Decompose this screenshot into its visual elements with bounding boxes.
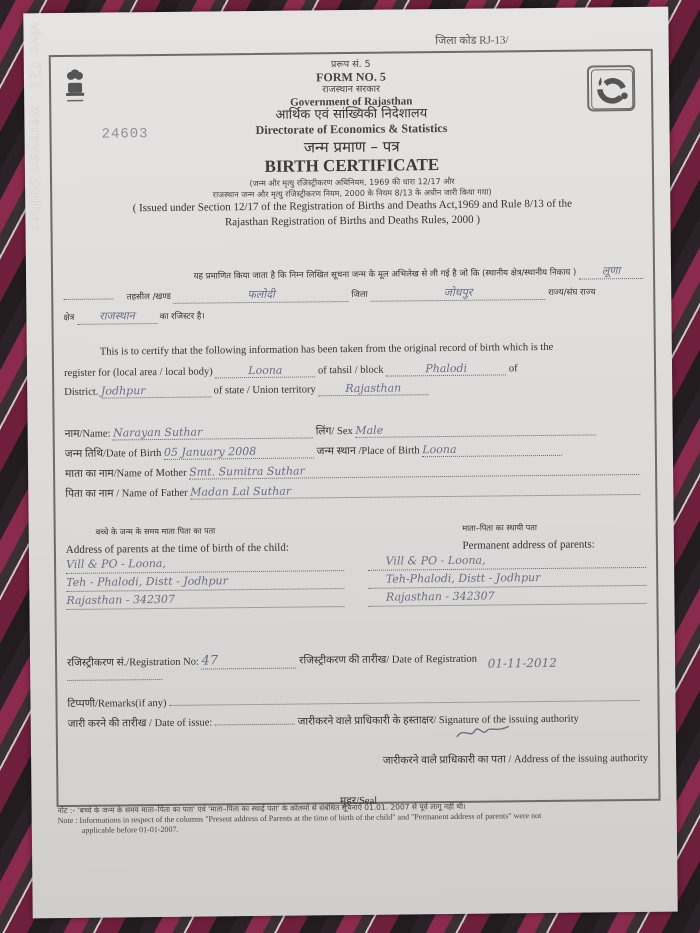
present-address: बच्चे के जन्म के समय माता पिता का पता Ad… <box>66 524 345 610</box>
district-label-hindi: जिला <box>351 290 368 300</box>
name-label: नाम/Name: <box>65 429 111 440</box>
local-body-hindi: लूणा <box>579 263 643 280</box>
kshetra-label: क्षेत्र <box>63 313 74 323</box>
name-sex-row: नाम/Name: Narayan Suthar लिंग/ Sex Male <box>65 421 645 441</box>
camera-watermark: vivo Y21 . Narayan Suthar <box>26 22 44 231</box>
dob-label: जन्म तिथि/Date of Birth <box>65 448 162 460</box>
hindi-cert-text: यह प्रमाणित किया जाता है कि निम्न लिखित … <box>194 268 577 282</box>
certificate-frame: 24603 प्ररूप सं. 5 FORM NO. 5 राजस्थान स… <box>49 49 661 807</box>
permanent-address-line-3: Rajasthan - 342307 <box>368 588 647 607</box>
sex-value: Male <box>355 421 595 438</box>
tehsil-label-hindi: तहसील /खण्ड <box>127 292 171 302</box>
tehsil-hindi: फलोदी <box>174 286 349 304</box>
issue-row: जारी करने की तारीख / Date of issue: जारी… <box>68 711 648 731</box>
registration-number-label: रजिस्ट्रीकरण सं./Registration No: <box>67 657 199 669</box>
registration-date-label: रजिस्ट्रीकरण की तारीख/ Date of Registrat… <box>299 654 477 667</box>
state-label-hindi: राज्य/संघ राज्य <box>548 287 595 297</box>
local-body-label: register for (local area / local body) <box>64 366 213 379</box>
remarks-row: टिप्पणी/Remarks(if any) <box>67 691 647 711</box>
authority-address-label: जारीकरने वाले प्राधिकारी का पता / Addres… <box>383 753 648 767</box>
father-value: Madan Lal Suthar <box>190 481 640 500</box>
permanent-address-line-1: Vill & PO - Loona, <box>368 552 647 571</box>
birth-row: जन्म तिथि/Date of Birth 05 January 2008 … <box>65 441 645 461</box>
tahsil-label: of tahsil / block <box>318 365 384 377</box>
issue-date-value <box>215 724 295 726</box>
permanent-address-line-2: Teh-Phalodi, Distt - Jodhpur <box>368 570 647 589</box>
present-address-label: Address of parents at the time of birth … <box>66 541 345 556</box>
district-code: जिला कोड RJ-13/ <box>435 32 508 48</box>
hindi-cert-line-2: तहसील /खण्ड फलोदी जिला जोधपुर राज्य/संघ … <box>63 283 643 305</box>
local-body-value: Loona <box>215 363 315 378</box>
address-section: बच्चे के जन्म के समय माता पिता का पता Ad… <box>66 521 647 610</box>
signature-label: जारीकरने वाले प्राधिकारी के हस्ताक्षर/ S… <box>297 714 578 728</box>
mother-value: Smt. Sumitra Suthar <box>189 461 639 480</box>
english-cert-intro: This is to certify that the following in… <box>64 341 644 358</box>
state-hindi: राजस्थान <box>77 308 157 325</box>
father-row: पिता का नाम / Name of Father Madan Lal S… <box>65 481 645 501</box>
english-cert-line-3: District. Jodhpur of state / Union terri… <box>64 379 644 399</box>
present-address-line-2: Teh - Phalodi, Distt - Jodhpur <box>66 573 345 592</box>
present-address-line-1: Vill & PO - Loona, <box>66 555 345 574</box>
state-label: of state / Union territory <box>214 384 316 396</box>
issue-date-label: जारी करने की तारीख / Date of issue: <box>68 717 213 730</box>
permanent-address-label-hindi: माता–पिता का स्थायी पता <box>367 521 645 535</box>
father-label: पिता का नाम / Name of Father <box>65 488 187 500</box>
certificate-header: प्ररूप सं. 5 FORM NO. 5 राजस्थान सरकार G… <box>51 57 653 231</box>
present-address-label-hindi: बच्चे के जन्म के समय माता पिता का पता <box>66 524 344 538</box>
permanent-address-label: Permanent address of parents: <box>367 538 646 553</box>
register-suffix: का रजिस्टर है। <box>160 312 205 322</box>
footer-note: नोट :- 'बच्चे के जन्म के समय माता–पिता क… <box>58 800 651 837</box>
pob-label: जन्म स्थान /Place of Birth <box>317 445 420 457</box>
hindi-cert-line-3: क्षेत्र राजस्थान का रजिस्टर है। <box>63 303 643 325</box>
dob-value: 05 January 2008 <box>164 444 314 460</box>
remarks-value <box>169 700 639 706</box>
authority-address-row: जारीकरने वाले प्राधिकारी का पता / Addres… <box>68 751 648 771</box>
name-value: Narayan Suthar <box>113 424 313 440</box>
district-value: Jodhpur <box>101 383 211 398</box>
state-value: Rajasthan <box>318 381 428 396</box>
signature-icon <box>453 720 513 743</box>
remarks-label: टिप्पणी/Remarks(if any) <box>67 698 166 710</box>
sex-label: लिंग/ Sex <box>316 426 353 437</box>
english-cert-line-2: register for (local area / local body) L… <box>64 360 644 380</box>
present-address-line-3: Rajasthan - 342307 <box>66 591 345 610</box>
of-label: of <box>509 363 518 374</box>
birth-certificate: जिला कोड RJ-13/ 24603 प्ररूप सं. 5 FORM … <box>23 7 677 919</box>
district-label: District. <box>64 387 98 398</box>
mother-row: माता का नाम/Name of Mother Smt. Sumitra … <box>65 461 645 481</box>
registration-number: 47 <box>201 653 296 670</box>
pob-value: Loona <box>422 442 562 457</box>
mother-label: माता का नाम/Name of Mother <box>65 468 187 480</box>
hindi-cert-line-1: यह प्रमाणित किया जाता है कि निम्न लिखित … <box>63 263 643 285</box>
tahsil-value: Phalodi <box>386 361 506 376</box>
district-hindi: जोधपुर <box>370 284 545 302</box>
permanent-address: माता–पिता का स्थायी पता Permanent addres… <box>367 521 646 607</box>
